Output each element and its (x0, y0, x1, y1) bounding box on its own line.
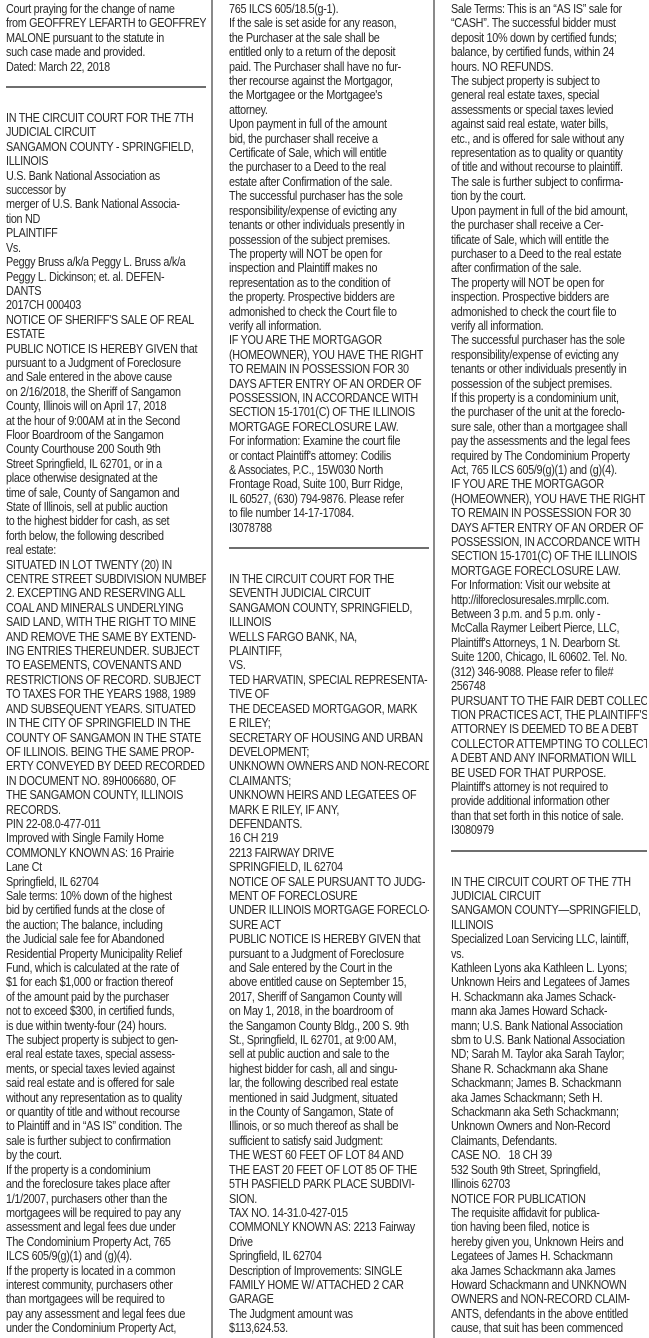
notice-name-change: Court praying for the change of namefrom… (6, 2, 206, 74)
text-line: MALONE pursuant to the statute in (6, 31, 206, 45)
text-line: Drive (229, 1235, 429, 1249)
text-line: lar, the following described real estate (229, 1076, 429, 1090)
text-line: tion by the court. (451, 189, 647, 203)
text-line: or contact Plaintiff's attorney: Codilis (229, 449, 429, 463)
text-line: balance, by certified funds, within 24 (451, 45, 647, 59)
text-line: SANGAMON COUNTY, SPRINGFIELD, (229, 601, 429, 615)
text-line: 1/1/2007, purchasers other than the (6, 1192, 206, 1206)
text-line: paid. The Purchaser shall have no fur- (229, 60, 429, 74)
text-line: Fund, which is calculated at the rate of (6, 961, 206, 975)
text-line: by the court. (6, 1148, 206, 1162)
text-line: vs. (451, 947, 647, 961)
text-line: Illinois, or so much thereof as shall be (229, 1119, 429, 1133)
text-line: COMMONLY KNOWN AS: 16 Prairie (6, 846, 206, 860)
text-line: NOTICE OF SHERIFF'S SALE OF REAL (6, 313, 206, 327)
text-line: time of sale, County of Sangamon and (6, 486, 206, 500)
text-line: Kathleen Lyons aka Kathleen L. Lyons; (451, 961, 647, 975)
text-line: COAL AND MINERALS UNDERLYING (6, 601, 206, 615)
text-line: SECTION 15-1701(C) OF THE ILLINOIS (229, 405, 429, 419)
text-line: highest bidder for cash, all and singu- (229, 1062, 429, 1076)
text-line: the Purchaser at the sale shall be (229, 31, 429, 45)
text-line: SECRETARY OF HOUSING AND URBAN (229, 731, 429, 745)
text-line: representation as to quality or quantity (451, 146, 647, 160)
text-line: Springfield, IL 62704 (6, 875, 206, 889)
text-line: SPRINGFIELD, IL 62704 (229, 860, 429, 874)
text-line: OF ILLINOIS. BEING THE SAME PROP- (6, 745, 206, 759)
text-line: sell at public auction and sale to the (229, 1047, 429, 1061)
text-line: ND; Sarah M. Taylor aka Sarah Taylor; (451, 1047, 647, 1061)
text-line: Howard Schackmann and UNKNOWN (451, 1278, 647, 1292)
text-line: DAYS AFTER ENTRY OF AN ORDER OF (229, 377, 429, 391)
column-1: Court praying for the change of namefrom… (6, 2, 206, 1338)
notice-separator (451, 850, 647, 852)
text-line: ments, or special taxes levied against (6, 1062, 206, 1076)
text-line: Frontage Road, Suite 100, Burr Ridge, (229, 477, 429, 491)
text-line: SECTION 15-1701(C) OF THE ILLINOIS (451, 549, 647, 563)
text-line: If the property is located in a common (6, 1264, 206, 1278)
text-line: Schackmann aka Seth Schackmann; (451, 1105, 647, 1119)
text-line: TO REMAIN IN POSSESSION FOR 30 (229, 362, 429, 376)
text-line: the auction; The balance, including (6, 918, 206, 932)
text-line: Certificate of Sale, which will entitle (229, 146, 429, 160)
text-line: 5TH PASFIELD PARK PLACE SUBDIVI- (229, 1177, 429, 1191)
text-line: said real estate and is offered for sale (6, 1076, 206, 1090)
text-line: Unknown Owners and Non-Record (451, 1119, 647, 1133)
text-line: SITUATED IN LOT TWENTY (20) IN (6, 558, 206, 572)
text-line: NOTICE FOR PUBLICATION (451, 1192, 647, 1206)
text-line: ATTORNEY IS DEEMED TO BE A DEBT (451, 722, 647, 736)
text-line: inspection and Plaintiff makes no (229, 261, 429, 275)
text-line: PLAINTIFF, (229, 644, 429, 658)
text-line: PUBLIC NOTICE IS HEREBY GIVEN that (229, 932, 429, 946)
text-line: If the property is a condominium (6, 1163, 206, 1177)
text-line: The successful purchaser has the sole (451, 333, 647, 347)
text-line: in the County of Sangamon, State of (229, 1105, 429, 1119)
text-line: ESTATE (6, 327, 206, 341)
text-line: AND REMOVE THE SAME BY EXTEND- (6, 630, 206, 644)
text-line: verify all information. (229, 319, 429, 333)
text-line: Vs. (6, 241, 206, 255)
text-line: and the foreclosure takes place after (6, 1177, 206, 1191)
text-line: possession of the subject premises. (451, 377, 647, 391)
text-line: PLAINTIFF (6, 226, 206, 240)
text-line: pursuant to a Judgment of Foreclosure (229, 947, 429, 961)
text-line: SURE ACT (229, 918, 429, 932)
text-line: sbm to U.S. Bank National Association (451, 1033, 647, 1047)
text-line: responsibility/expense of evicting any (229, 204, 429, 218)
text-line: Lane Ct (6, 860, 206, 874)
text-line: COMMONLY KNOWN AS: 2213 Fairway (229, 1220, 429, 1234)
text-line: SION. (229, 1192, 429, 1206)
text-line: etc., and is offered for sale without an… (451, 132, 647, 146)
text-line: without any representation as to quality (6, 1091, 206, 1105)
text-line: TO EASEMENTS, COVENANTS AND (6, 658, 206, 672)
text-line: IN THE CITY OF SPRINGFIELD IN THE (6, 716, 206, 730)
text-line: McCalla Raymer Leibert Pierce, LLC, (451, 621, 647, 635)
text-line: purchaser to a Deed to the real estate (451, 247, 647, 261)
notice-sheriff-sale-bruss-continued: 765 ILCS 605/18.5(g-1).If the sale is se… (229, 2, 429, 535)
text-line: deposit 10% down by certified funds; (451, 31, 647, 45)
text-line: MORTGAGE FORECLOSURE LAW. (229, 420, 429, 434)
text-line: 2. EXCEPTING AND RESERVING ALL (6, 586, 206, 600)
text-line: SANGAMON COUNTY - SPRINGFIELD, (6, 140, 206, 154)
text-line: IN THE CIRCUIT COURT FOR THE 7TH (6, 111, 206, 125)
text-line: the purchaser to a Deed to the real (229, 160, 429, 174)
text-line: JUDICIAL CIRCUIT (6, 125, 206, 139)
text-line: THE EAST 20 FEET OF LOT 85 OF THE (229, 1163, 429, 1177)
text-line: place otherwise designated at the (6, 471, 206, 485)
text-line: to file number 14-17-17084. (229, 506, 429, 520)
notice-sale-riley: IN THE CIRCUIT COURT FOR THESEVENTH JUDI… (229, 572, 429, 1336)
text-line: mann; U.S. Bank National Association (451, 1019, 647, 1033)
text-line: 532 South 9th Street, Springfield, (451, 1163, 647, 1177)
column-3: Sale Terms: This is an “AS IS” sale for“… (451, 2, 647, 1338)
text-line: (312) 346-9088. Please refer to file# (451, 665, 647, 679)
text-line: Upon payment in full of the amount (229, 117, 429, 131)
text-line: hereby given you, Unknown Heirs and (451, 1235, 647, 1249)
text-line: Floor Boardroom of the Sangamon (6, 428, 206, 442)
text-line: County, Illinois will on April 17, 2018 (6, 399, 206, 413)
text-line: “CASH”. The successful bidder must (451, 16, 647, 30)
text-line: the purchaser of the unit at the foreclo… (451, 405, 647, 419)
text-line: verify all information. (451, 319, 647, 333)
text-line: Sale Terms: This is an “AS IS” sale for (451, 2, 647, 16)
text-line: TION PRACTICES ACT, THE PLAINTIFF'S (451, 708, 647, 722)
text-line: 2017, Sheriff of Sangamon County will (229, 990, 429, 1004)
text-line: I3078788 (229, 521, 429, 535)
notice-sheriff-sale-bruss: IN THE CIRCUIT COURT FOR THE 7THJUDICIAL… (6, 111, 206, 1336)
text-line: VS. (229, 658, 429, 672)
text-line: NOTICE OF SALE PURSUANT TO JUDG- (229, 875, 429, 889)
text-line: under the Condominium Property Act, (6, 1321, 206, 1335)
text-line: Plaintiff's attorney is not required to (451, 780, 647, 794)
text-line: Peggy L. Dickinson; et. al. DEFEN- (6, 270, 206, 284)
text-line: and Sale entered in the above cause (6, 370, 206, 384)
text-line: The Condominium Property Act, 765 (6, 1235, 206, 1249)
text-line: Sale terms: 10% down of the highest (6, 889, 206, 903)
text-line: hours. NO REFUNDS. (451, 60, 647, 74)
text-line: OWNERS and NON-RECORD CLAIM- (451, 1292, 647, 1306)
text-line: The Judgment amount was (229, 1307, 429, 1321)
text-line: For Information: Visit our website at (451, 578, 647, 592)
text-line: ILLINOIS (6, 154, 206, 168)
text-line: JUDICIAL CIRCUIT (451, 889, 647, 903)
notice-sale-riley-continued: Sale Terms: This is an “AS IS” sale for“… (451, 2, 647, 838)
text-line: The requisite affidavit for publica- (451, 1206, 647, 1220)
text-line: ILLINOIS (451, 918, 647, 932)
text-line: tion ND (6, 212, 206, 226)
text-line: Suite 1200, Chicago, IL 60602. Tel. No. (451, 650, 647, 664)
text-line: GARAGE (229, 1292, 429, 1306)
text-line: The property will NOT be open for (451, 276, 647, 290)
text-line: ING ENTRIES THEREUNDER. SUBJECT (6, 644, 206, 658)
text-line: E RILEY; (229, 716, 429, 730)
text-line: tenants or other individuals presently i… (451, 362, 647, 376)
text-line: entitled only to a return of the deposit (229, 45, 429, 59)
text-line: the Mortgagee or the Mortgagee's (229, 88, 429, 102)
text-line: attorney. (229, 103, 429, 117)
notice-separator (6, 86, 206, 88)
text-line: Between 3 p.m. and 5 p.m. only - (451, 607, 647, 621)
text-line: Schackmann; James B. Schackmann (451, 1076, 647, 1090)
text-line: THE WEST 60 FEET OF LOT 84 AND (229, 1148, 429, 1162)
text-line: MARK E RILEY, IF ANY, (229, 803, 429, 817)
text-line: against said real estate, water bills, (451, 117, 647, 131)
text-line: estate after Confirmation of the sale. (229, 175, 429, 189)
text-line: IN DOCUMENT NO. 89H006680, OF (6, 774, 206, 788)
text-line: A DEBT AND ANY INFORMATION WILL (451, 751, 647, 765)
text-line: H. Schackmann aka James Schack- (451, 990, 647, 1004)
text-line: eral real estate taxes, special assess- (6, 1047, 206, 1061)
text-line: Shane R. Schackmann aka Shane (451, 1062, 647, 1076)
text-line: the Judicial sale fee for Abandoned (6, 932, 206, 946)
column-divider (211, 0, 213, 1338)
text-line: IL 60527, (630) 794-9876. Please refer (229, 492, 429, 506)
text-line: sufficient to satisfy said Judgment: (229, 1134, 429, 1148)
text-line: (HOMEOWNER), YOU HAVE THE RIGHT (451, 492, 647, 506)
text-line: Peggy Bruss a/k/a Peggy L. Bruss a/k/a (6, 255, 206, 269)
text-line: from GEOFFREY LEFARTH to GEOFFREY (6, 16, 206, 30)
text-line: AND SUBSEQUENT YEARS. SITUATED (6, 702, 206, 716)
text-line: ANTS, defendants in the above entitled (451, 1307, 647, 1321)
text-line: 2017CH 000403 (6, 298, 206, 312)
text-line: The sale is further subject to confirma- (451, 175, 647, 189)
text-line: UNKNOWN OWNERS AND NON-RECORD (229, 759, 429, 773)
text-line: admonished to check the Court file to (229, 305, 429, 319)
text-line: Improved with Single Family Home (6, 831, 206, 845)
text-line: UNKNOWN HEIRS AND LEGATEES OF (229, 788, 429, 802)
text-line: not to exceed $300, in certified funds, (6, 1004, 206, 1018)
text-line: MENT OF FORECLOSURE (229, 889, 429, 903)
text-line: responsibility/expense of evicting any (451, 348, 647, 362)
text-line: Claimants, Defendants. (451, 1134, 647, 1148)
text-line: Upon payment in full of the bid amount, (451, 204, 647, 218)
text-line: CENTRE STREET SUBDIVISION NUMBER (6, 572, 206, 586)
text-line: IF YOU ARE THE MORTGAGOR (229, 333, 429, 347)
text-line: than that set forth in this notice of sa… (451, 809, 647, 823)
text-line: of title and without recourse to plainti… (451, 160, 647, 174)
text-line: tenants or other individuals presently i… (229, 218, 429, 232)
text-line: the purchaser shall receive a Cer- (451, 218, 647, 232)
text-line: general real estate taxes, special (451, 88, 647, 102)
text-line: Unknown Heirs and Legatees of James (451, 975, 647, 989)
text-line: or quantity of title and without recours… (6, 1105, 206, 1119)
column-2: 765 ILCS 605/18.5(g-1).If the sale is se… (229, 2, 429, 1338)
text-line: THE DECEASED MORTGAGOR, MARK (229, 702, 429, 716)
text-line: pay the assessments and the legal fees (451, 434, 647, 448)
text-line: Court praying for the change of name (6, 2, 206, 16)
text-line: COLLECTOR ATTEMPTING TO COLLECT (451, 737, 647, 751)
text-line: on May 1, 2018, in the boardroom of (229, 1004, 429, 1018)
text-line: DANTS (6, 284, 206, 298)
text-line: Plaintiff's Attorneys, 1 N. Dearborn St. (451, 636, 647, 650)
text-line: possession of the subject premises. (229, 233, 429, 247)
text-line: The property will NOT be open for (229, 247, 429, 261)
text-line: Illinois 62703 (451, 1177, 647, 1191)
text-line: PUBLIC NOTICE IS HEREBY GIVEN that (6, 342, 206, 356)
text-line: the property. Prospective bidders are (229, 290, 429, 304)
text-line: tion having been filed, notice is (451, 1220, 647, 1234)
text-line: 2213 FAIRWAY DRIVE (229, 846, 429, 860)
text-line: http://ilforeclosuresales.mrpllc.com. (451, 593, 647, 607)
text-line: tificate of Sale, which will entitle the (451, 233, 647, 247)
text-line: FAMILY HOME W/ ATTACHED 2 CAR (229, 1278, 429, 1292)
text-line: ILLINOIS (229, 615, 429, 629)
text-line: County Courthouse 200 South 9th (6, 442, 206, 456)
text-line: TAX NO. 14-31.0-427-015 (229, 1206, 429, 1220)
text-line: DAYS AFTER ENTRY OF AN ORDER OF (451, 521, 647, 535)
text-line: on 2/16/2018, the Sheriff of Sangamon (6, 385, 206, 399)
text-line: TED HARVATIN, SPECIAL REPRESENTA- (229, 673, 429, 687)
text-line: State of Illinois, sell at public auctio… (6, 500, 206, 514)
text-line: Dated: March 22, 2018 (6, 60, 206, 74)
text-line: sale is further subject to confirmation (6, 1134, 206, 1148)
text-line: interest community, purchasers other (6, 1278, 206, 1292)
text-line: bid by certified funds at the close of (6, 903, 206, 917)
text-line: successor by (6, 183, 206, 197)
text-line: ther recourse against the Mortgagor, (229, 74, 429, 88)
text-line: Legatees of James H. Schackmann (451, 1249, 647, 1263)
text-line: the Sangamon County Bldg., 200 S. 9th (229, 1019, 429, 1033)
text-line: cause, that suit has been commenced (451, 1321, 647, 1335)
text-line: $1 for each $1,000 or fraction thereof (6, 975, 206, 989)
text-line: 765 ILCS 605/18.5(g-1). (229, 2, 429, 16)
text-line: (HOMEOWNER), YOU HAVE THE RIGHT (229, 348, 429, 362)
text-line: at the hour of 9:00AM at in the Second (6, 414, 206, 428)
notice-publication-schackmann: IN THE CIRCUIT COURT OF THE 7THJUDICIAL … (451, 875, 647, 1336)
text-line: representation as to the condition of (229, 276, 429, 290)
text-line: IN THE CIRCUIT COURT FOR THE (229, 572, 429, 586)
text-line: and Sale entered by the Court in the (229, 961, 429, 975)
notice-separator (229, 547, 429, 549)
text-line: RESTRICTIONS OF RECORD. SUBJECT (6, 673, 206, 687)
text-line: IN THE CIRCUIT COURT OF THE 7TH (451, 875, 647, 889)
text-line: SAID LAND, WITH THE RIGHT TO MINE (6, 615, 206, 629)
text-line: mentioned in said Judgment, situated (229, 1091, 429, 1105)
text-line: The subject property is subject to gen- (6, 1033, 206, 1047)
text-line: RECORDS. (6, 803, 206, 817)
text-line: Description of Improvements: SINGLE (229, 1264, 429, 1278)
text-line: & Associates, P.C., 15W030 North (229, 463, 429, 477)
text-line: DEVELOPMENT; (229, 745, 429, 759)
text-line: 16 CH 219 (229, 831, 429, 845)
text-line: Springfield, IL 62704 (229, 1249, 429, 1263)
text-line: THE SANGAMON COUNTY, ILLINOIS (6, 788, 206, 802)
text-line: ILCS 605/9(g)(1) and (g)(4). (6, 1249, 206, 1263)
text-line: to Plaintiff and in “AS IS” condition. T… (6, 1119, 206, 1133)
text-line: WELLS FARGO BANK, NA, (229, 630, 429, 644)
text-line: SANGAMON COUNTY—SPRINGFIELD, (451, 903, 647, 917)
text-line: POSSESSION, IN ACCORDANCE WITH (451, 535, 647, 549)
text-line: UNDER ILLINOIS MORTGAGE FORECLO- (229, 903, 429, 917)
text-line: $113,624.53. (229, 1321, 429, 1335)
text-line: U.S. Bank National Association as (6, 169, 206, 183)
text-line: above entitled cause on September 15, (229, 975, 429, 989)
text-line: PIN 22-08.0-477-011 (6, 817, 206, 831)
text-line: IF YOU ARE THE MORTGAGOR (451, 477, 647, 491)
text-line: ERTY CONVEYED BY DEED RECORDED (6, 759, 206, 773)
text-line: Act, 765 ILCS 605/9(g)(1) and (g)(4). (451, 463, 647, 477)
text-line: forth below, the following described (6, 529, 206, 543)
text-line: real estate: (6, 543, 206, 557)
text-line: Street Springfield, IL 62701, or in a (6, 457, 206, 471)
text-line: MORTGAGE FORECLOSURE LAW. (451, 564, 647, 578)
text-line: If this property is a condominium unit, (451, 391, 647, 405)
text-line: CLAIMANTS; (229, 774, 429, 788)
text-line: to the highest bidder for cash, as set (6, 514, 206, 528)
text-line: of the amount paid by the purchaser (6, 990, 206, 1004)
text-line: assessment and legal fees due under (6, 1220, 206, 1234)
text-line: If the sale is set aside for any reason, (229, 16, 429, 30)
text-line: mann aka James Howard Schack- (451, 1004, 647, 1018)
text-line: TIVE OF (229, 687, 429, 701)
text-line: such case made and provided. (6, 45, 206, 59)
text-line: merger of U.S. Bank National Associa- (6, 197, 206, 211)
text-line: after confirmation of the sale. (451, 261, 647, 275)
text-line: For information: Examine the court file (229, 434, 429, 448)
text-line: is due within twenty-four (24) hours. (6, 1019, 206, 1033)
text-line: required by The Condominium Property (451, 449, 647, 463)
text-line: SEVENTH JUDICIAL CIRCUIT (229, 586, 429, 600)
text-line: CASE NO. 18 CH 39 (451, 1148, 647, 1162)
text-line: than mortgagees will be required to (6, 1292, 206, 1306)
text-line: The subject property is subject to (451, 74, 647, 88)
text-line: Specialized Loan Servicing LLC, laintiff… (451, 932, 647, 946)
text-line: The successful purchaser has the sole (229, 189, 429, 203)
text-line: POSSESSION, IN ACCORDANCE WITH (229, 391, 429, 405)
text-line: admonished to check the court file to (451, 305, 647, 319)
text-line: aka James Schackmann; Seth H. (451, 1091, 647, 1105)
text-line: assessments or special taxes levied (451, 103, 647, 117)
text-line: aka James Schackmann aka James (451, 1264, 647, 1278)
text-line: TO TAXES FOR THE YEARS 1988, 1989 (6, 687, 206, 701)
text-line: pay any assessment and legal fees due (6, 1307, 206, 1321)
text-line: Residential Property Municipality Relief (6, 947, 206, 961)
text-line: inspection. Prospective bidders are (451, 290, 647, 304)
text-line: sure sale, other than a mortgagee shall (451, 420, 647, 434)
text-line: BE USED FOR THAT PURPOSE. (451, 766, 647, 780)
text-line: I3080979 (451, 823, 647, 837)
text-line: COUNTY OF SANGAMON IN THE STATE (6, 731, 206, 745)
text-line: 256748 (451, 679, 647, 693)
text-line: PURSUANT TO THE FAIR DEBT COLLEC- (451, 694, 647, 708)
text-line: bid, the purchaser shall receive a (229, 132, 429, 146)
text-line: pursuant to a Judgment of Foreclosure (6, 356, 206, 370)
text-line: TO REMAIN IN POSSESSION FOR 30 (451, 506, 647, 520)
text-line: DEFENDANTS. (229, 817, 429, 831)
text-line: mortgagees will be required to pay any (6, 1206, 206, 1220)
text-line: provide additional information other (451, 794, 647, 808)
column-divider (433, 0, 435, 1338)
legal-notices-page: Court praying for the change of namefrom… (0, 0, 649, 1338)
text-line: St., Springfield, IL 62701, at 9:00 AM, (229, 1033, 429, 1047)
